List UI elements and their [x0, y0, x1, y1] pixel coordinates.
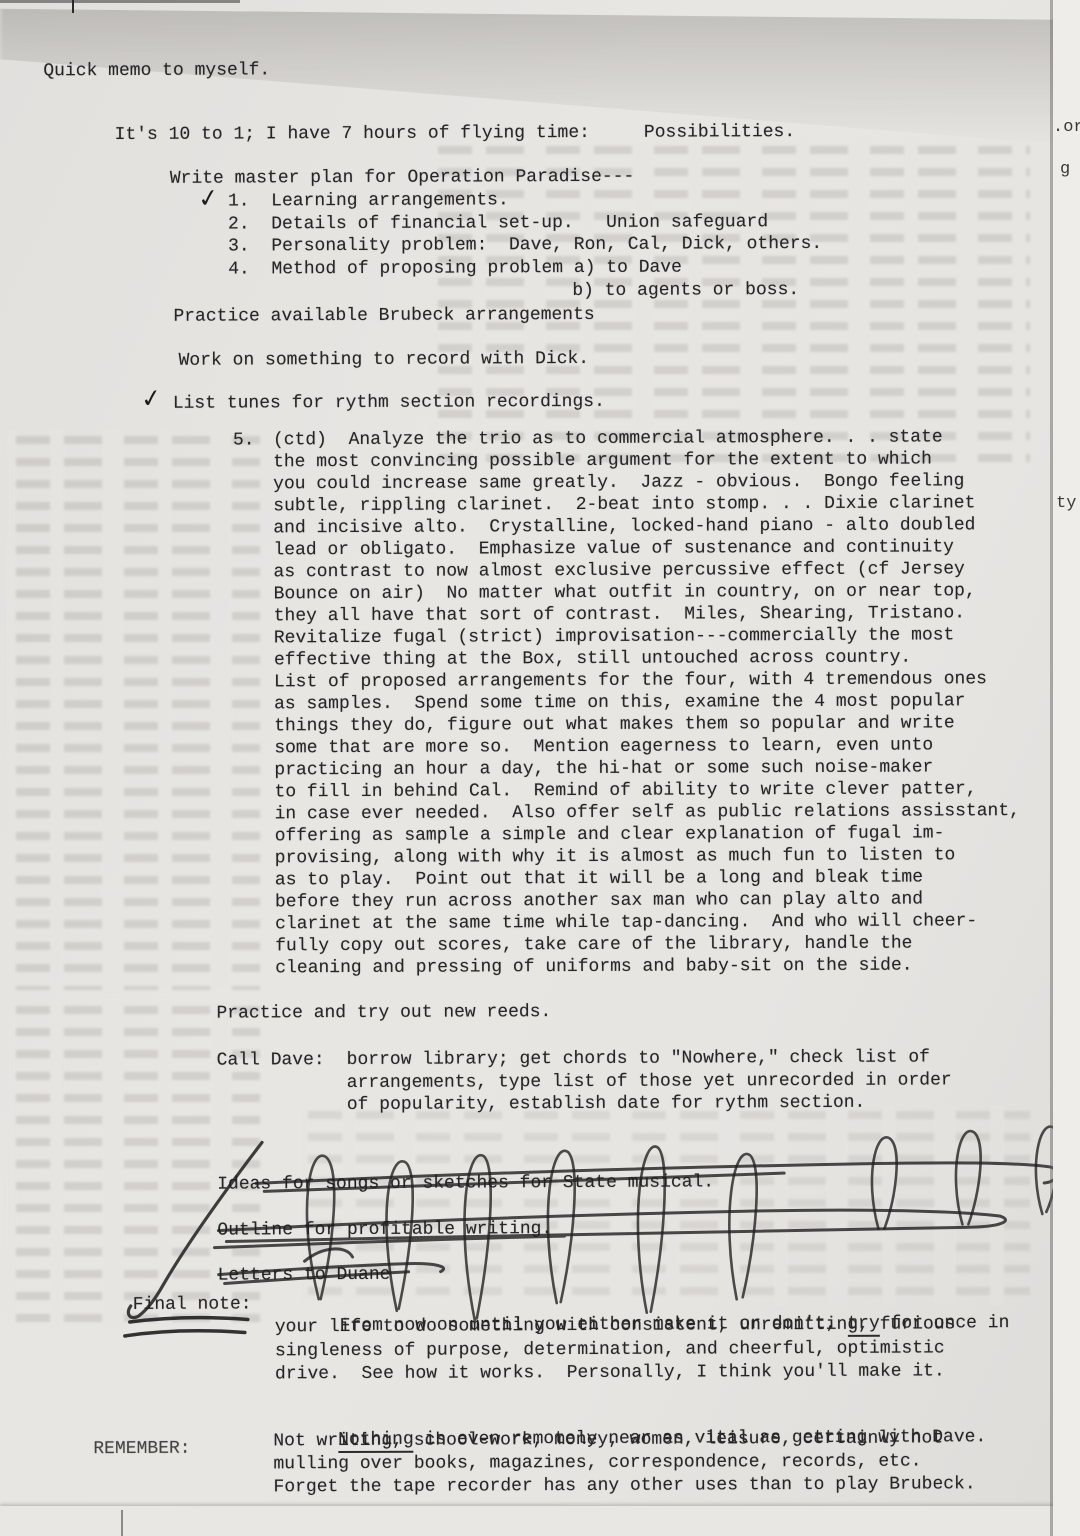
pen-checkmark-icon: ✓ — [139, 383, 164, 415]
paragraph-line: cleaning and pressing of uniforms and ba… — [275, 954, 1020, 979]
final-note-paragraph: your life to do something with consisten… — [275, 1313, 956, 1386]
paragraph-line: before they run across another sax man w… — [275, 888, 1020, 913]
paragraph-line: fully copy out scores, take care of the … — [275, 932, 1020, 957]
final-note-label: Final note: — [133, 1293, 252, 1316]
intro-line: It's 10 to 1; I have 7 hours of flying t… — [115, 121, 796, 146]
remember-label: REMEMBER: — [93, 1438, 190, 1460]
list-tunes-line: List tunes for rythm section recordings. — [173, 391, 605, 415]
pen-double-underline — [125, 1317, 248, 1336]
paragraph-line: List of proposed arrangements for the fo… — [274, 668, 1019, 693]
plan-item: 2. Details of financial set-up. Union sa… — [228, 210, 822, 235]
reeds-line: Practice and try out new reeds. — [216, 1001, 551, 1024]
edge-text-fragment: ty — [1056, 494, 1076, 513]
paragraph-line: Forget the tape recorder has any other u… — [273, 1473, 975, 1499]
edge-text-fragment: g — [1060, 160, 1070, 179]
paragraph-line: things they do, figure out what makes th… — [274, 712, 1019, 737]
memo-title: Quick memo to myself. — [43, 59, 270, 82]
paragraph-line: Bounce on air) No matter what outfit in … — [274, 580, 1019, 605]
paragraph-line: as to play. Point out that it will be a … — [275, 866, 1020, 891]
paragraph-line: of popularity, establish date for rythm … — [347, 1091, 952, 1116]
crossed-out-line: Outline for profitable writing. — [217, 1206, 714, 1254]
plan-item: 4. Method of proposing problem a) to Dav… — [228, 255, 822, 280]
paragraph-line: Not writing, school-work, money, women, … — [273, 1427, 975, 1453]
paragraph-line: as samples. Spend some time on this, exa… — [274, 690, 1019, 715]
item5-paragraph: (ctd) Analyze the trio as to commercial … — [273, 426, 1021, 979]
paragraph-line: mulling over books, magazines, correspon… — [273, 1450, 975, 1476]
paragraph-line: and incisive alto. Crystalline, locked-h… — [273, 514, 1018, 539]
paragraph-line: the most convincing possible argument fo… — [273, 448, 1018, 473]
crossed-out-list: Ideas for songs or sketches for State mu… — [217, 1160, 714, 1299]
paragraph-line: as contrast to now almost exclusive perc… — [273, 558, 1018, 583]
paragraph-line: some that are more so. Mention eagerness… — [274, 734, 1019, 759]
paragraph-line: drive. See how it works. Personally, I t… — [275, 1360, 956, 1386]
paragraph-line: to fill in behind Cal. Remind of ability… — [274, 778, 1019, 803]
paragraph-line: lead or obligato. Emphasize value of sus… — [273, 536, 1018, 561]
paragraph-line: effective thing at the Box, still untouc… — [274, 646, 1019, 671]
paragraph-line: (ctd) Analyze the trio as to commercial … — [273, 426, 1018, 451]
paragraph-line: in case ever needed. Also offer self as … — [275, 800, 1020, 825]
typewritten-content: Quick memo to myself. It's 10 to 1; I ha… — [0, 0, 1080, 1536]
plan-heading: Write master plan for Operation Paradise… — [170, 166, 635, 190]
paragraph-line: offering as sample a simple and clear ex… — [275, 822, 1020, 847]
paragraph-line: subtle, rippling clarinet. 2-beat into s… — [273, 492, 1018, 517]
paragraph-line: Revitalize fugal (strict) improvisation-… — [274, 624, 1019, 649]
memo-page: Quick memo to myself. It's 10 to 1; I ha… — [0, 0, 1080, 1536]
plan-list: 1. Learning arrangements.2. Details of f… — [228, 188, 822, 281]
underlying-page: .or g ty — [1053, 0, 1080, 1536]
paragraph-line: singleness of purpose, determination, an… — [275, 1337, 956, 1363]
paragraph-line: they all have that sort of contrast. Mil… — [274, 602, 1019, 627]
paragraph-line: practicing an hour a day, the hi-hat or … — [274, 756, 1019, 781]
plan-item: 1. Learning arrangements. — [228, 188, 822, 213]
paragraph-line: borrow library; get chords to "Nowhere,"… — [347, 1046, 952, 1071]
plan-item: 3. Personality problem: Dave, Ron, Cal, … — [228, 233, 822, 258]
item5-number: 5. — [233, 429, 255, 451]
call-dave-label: Call Dave: — [217, 1049, 325, 1071]
work-record-line: Work on something to record with Dick. — [179, 348, 590, 372]
pen-checkmark-icon: ✓ — [196, 182, 221, 214]
paragraph-line: your life to do something with consisten… — [275, 1313, 956, 1339]
edge-text-fragment: .or — [1053, 118, 1080, 137]
paragraph-line: arrangements, type list of those yet unr… — [347, 1069, 952, 1094]
call-dave-paragraph: borrow library; get chords to "Nowhere,"… — [347, 1046, 952, 1116]
practice-brubeck-line: Practice available Brubeck arrangements — [173, 304, 594, 328]
remember-paragraph: Not writing, school-work, money, women, … — [273, 1427, 975, 1499]
paragraph-line: clarinet at the same time while tap-danc… — [275, 910, 1020, 935]
plan-sub-item: b) to agents or boss. — [572, 279, 799, 302]
crossed-out-line: Ideas for songs or sketches for State mu… — [217, 1160, 714, 1208]
paragraph-line: you could increase same greatly. Jazz - … — [273, 470, 1018, 495]
paragraph-line: provising, along with why it is almost a… — [275, 844, 1020, 869]
